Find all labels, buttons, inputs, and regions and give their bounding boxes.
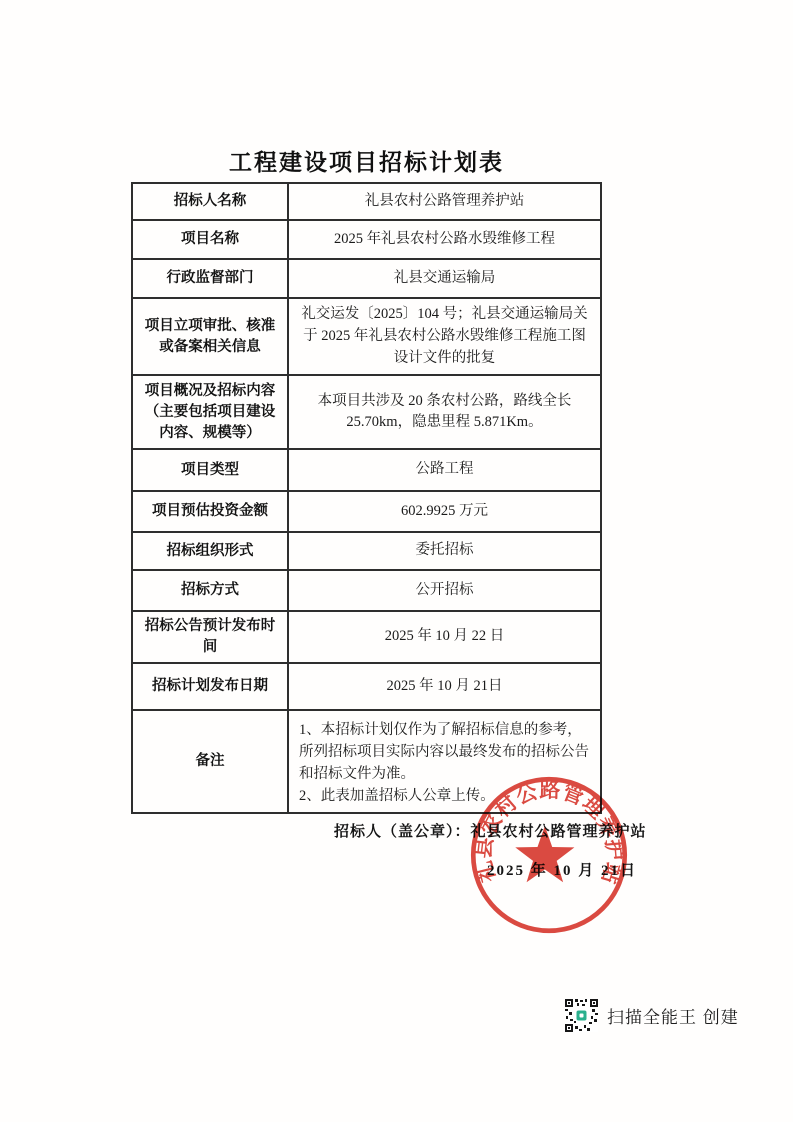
row-label-cell: 招标组织形式 bbox=[133, 533, 289, 569]
row-value-cell: 礼县交通运输局 bbox=[289, 260, 600, 297]
row-value: 2025 年礼县农村公路水毁维修工程 bbox=[299, 229, 590, 251]
row-label: 项目预估投资金额 bbox=[139, 501, 281, 522]
row-value-cell: 2025 年礼县农村公路水毁维修工程 bbox=[289, 221, 600, 258]
table-row: 项目类型 公路工程 bbox=[133, 450, 600, 492]
row-label: 招标方式 bbox=[139, 580, 281, 601]
table-row: 招标组织形式 委托招标 bbox=[133, 533, 600, 571]
row-label-cell: 项目名称 bbox=[133, 221, 289, 258]
row-label-cell: 招标人名称 bbox=[133, 184, 289, 219]
table-row: 项目立项审批、核准或备案相关信息 礼交运发〔2025〕104 号；礼县交通运输局… bbox=[133, 299, 600, 376]
row-value: 委托招标 bbox=[299, 540, 590, 562]
table-row: 行政监督部门 礼县交通运输局 bbox=[133, 260, 600, 299]
row-value-cell: 公开招标 bbox=[289, 571, 600, 610]
row-value: 2025 年 10 月 21日 bbox=[299, 676, 590, 698]
table-row: 招标计划发布日期 2025 年 10 月 21日 bbox=[133, 664, 600, 711]
row-value-cell: 2025 年 10 月 21日 bbox=[289, 664, 600, 709]
row-label-cell: 项目立项审批、核准或备案相关信息 bbox=[133, 299, 289, 374]
row-value: 礼县农村公路管理养护站 bbox=[299, 191, 590, 213]
row-label: 招标组织形式 bbox=[139, 541, 281, 562]
scanner-app-label: 扫描全能王 创建 bbox=[607, 1003, 739, 1028]
row-value: 本项目共涉及 20 条农村公路，路线全长 25.70km，隐患里程 5.871K… bbox=[299, 391, 590, 435]
row-label-cell: 行政监督部门 bbox=[133, 260, 289, 297]
row-value: 2025 年 10 月 22 日 bbox=[299, 626, 590, 648]
document-page: 工程建设项目招标计划表 招标人名称 礼县农村公路管理养护站 项目名称 2025 … bbox=[0, 0, 793, 1122]
row-label-cell: 项目预估投资金额 bbox=[133, 492, 289, 531]
row-value-cell: 公路工程 bbox=[289, 450, 600, 490]
row-label: 项目类型 bbox=[139, 460, 281, 481]
row-value-cell: 2025 年 10 月 22 日 bbox=[289, 612, 600, 662]
star-icon bbox=[515, 826, 574, 882]
row-label: 项目概况及招标内容（主要包括项目建设内容、规模等） bbox=[139, 381, 281, 444]
table-row: 招标方式 公开招标 bbox=[133, 571, 600, 612]
row-value: 公开招标 bbox=[299, 580, 590, 602]
table-row: 招标公告预计发布时间 2025 年 10 月 22 日 bbox=[133, 612, 600, 664]
row-value-cell: 礼县农村公路管理养护站 bbox=[289, 184, 600, 219]
row-value: 公路工程 bbox=[299, 459, 590, 481]
row-value-cell: 委托招标 bbox=[289, 533, 600, 569]
tender-plan-table: 招标人名称 礼县农村公路管理养护站 项目名称 2025 年礼县农村公路水毁维修工… bbox=[131, 182, 602, 814]
row-label: 招标人名称 bbox=[139, 191, 281, 212]
table-row: 项目名称 2025 年礼县农村公路水毁维修工程 bbox=[133, 221, 600, 260]
row-value-cell: 本项目共涉及 20 条农村公路，路线全长 25.70km，隐患里程 5.871K… bbox=[289, 376, 600, 448]
document-title: 工程建设项目招标计划表 bbox=[131, 144, 602, 177]
qr-code-icon bbox=[565, 999, 598, 1032]
scanner-watermark: 扫描全能王 创建 bbox=[565, 999, 739, 1032]
row-value-cell: 602.9925 万元 bbox=[289, 492, 600, 531]
row-label: 招标公告预计发布时间 bbox=[139, 616, 281, 658]
row-value: 礼县交通运输局 bbox=[299, 268, 590, 290]
row-value: 602.9925 万元 bbox=[299, 501, 590, 523]
row-label-cell: 备注 bbox=[133, 711, 289, 812]
row-label: 备注 bbox=[139, 751, 281, 772]
row-label: 项目名称 bbox=[139, 229, 281, 250]
table-row: 项目预估投资金额 602.9925 万元 bbox=[133, 492, 600, 533]
row-label-cell: 招标公告预计发布时间 bbox=[133, 612, 289, 662]
table-row: 招标人名称 礼县农村公路管理养护站 bbox=[133, 184, 600, 221]
row-label-cell: 项目概况及招标内容（主要包括项目建设内容、规模等） bbox=[133, 376, 289, 448]
row-label-cell: 招标计划发布日期 bbox=[133, 664, 289, 709]
row-label-cell: 招标方式 bbox=[133, 571, 289, 610]
row-value: 礼交运发〔2025〕104 号；礼县交通运输局关于 2025 年礼县农村公路水毁… bbox=[299, 304, 590, 369]
row-label: 行政监督部门 bbox=[139, 268, 281, 289]
row-value-cell: 礼交运发〔2025〕104 号；礼县交通运输局关于 2025 年礼县农村公路水毁… bbox=[289, 299, 600, 374]
row-label: 招标计划发布日期 bbox=[139, 676, 281, 697]
official-seal-stamp: 礼县农村公路管理养护站 bbox=[466, 772, 632, 938]
row-label: 项目立项审批、核准或备案相关信息 bbox=[139, 316, 281, 358]
row-label-cell: 项目类型 bbox=[133, 450, 289, 490]
table-row: 项目概况及招标内容（主要包括项目建设内容、规模等） 本项目共涉及 20 条农村公… bbox=[133, 376, 600, 450]
